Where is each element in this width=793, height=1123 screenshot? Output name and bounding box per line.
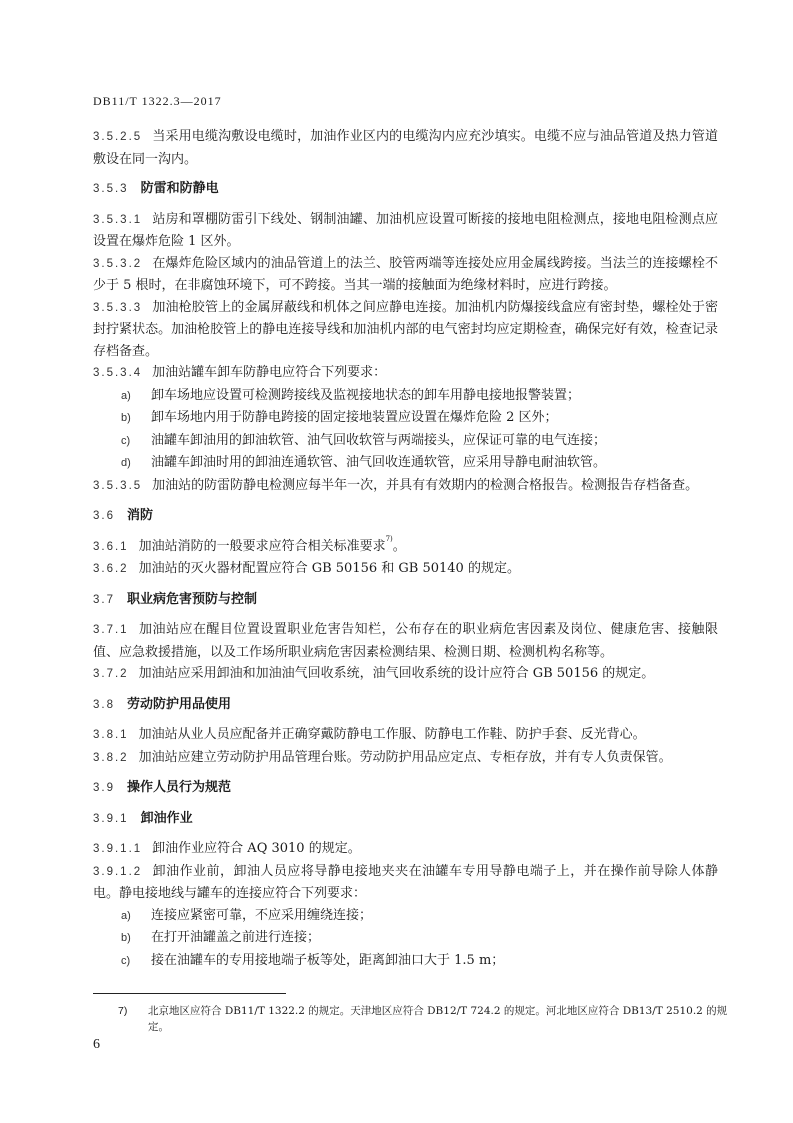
clause-3-5-3-3: 3.5.3.3加油枪胶管上的金属屏蔽线和机体之间应静电连接。加油机内防爆接线盒应… bbox=[93, 297, 718, 363]
clause-3-9-1-2: 3.9.1.2卸油作业前，卸油人员应将导静电接地夹夹在油罐车专用导静电端子上，并… bbox=[93, 861, 718, 905]
clause-3-8-1: 3.8.1加油站从业人员应配备并正确穿戴防静电工作服、防静电工作鞋、防护手套、反… bbox=[93, 724, 718, 747]
heading-3-9-1: 3.9.1卸油作业 bbox=[93, 808, 718, 831]
document-page: DB11/T 1322.3—2017 3.5.2.5当采用电缆沟敷设电缆时，加油… bbox=[0, 0, 793, 1123]
list-item: c)油罐车卸油用的卸油软管、油气回收软管与两端接头，应保证可靠的电气连接； bbox=[93, 430, 718, 453]
clause-3-8-2: 3.8.2加油站应建立劳动防护用品管理台账。劳动防护用品应定点、专柜存放，并有专… bbox=[93, 747, 718, 770]
clause-3-9-1-1: 3.9.1.1卸油作业应符合 AQ 3010 的规定。 bbox=[93, 838, 718, 861]
clause-3-7-1: 3.7.1加油站应在醒目位置设置职业危害告知栏，公布存在的职业病危害因素及岗位、… bbox=[93, 619, 718, 663]
clause-3-5-3-1: 3.5.3.1站房和罩棚防雷引下线处、钢制油罐、加油机应设置可断接的接地电阻检测… bbox=[93, 209, 718, 253]
clause-3-5-2-5: 3.5.2.5当采用电缆沟敷设电缆时，加油作业区内的电缆沟内应充沙填实。电缆不应… bbox=[93, 126, 718, 170]
footnote-reference[interactable]: 7) bbox=[386, 535, 393, 543]
page-number: 6 bbox=[93, 1037, 100, 1053]
heading-3-7: 3.7职业病危害预防与控制 bbox=[93, 589, 718, 612]
heading-3-9: 3.9操作人员行为规范 bbox=[93, 777, 718, 800]
clause-3-6-2: 3.6.2加油站的灭火器材配置应符合 GB 50156 和 GB 50140 的… bbox=[93, 558, 718, 581]
document-code-header: DB11/T 1322.3—2017 bbox=[93, 94, 222, 109]
heading-3-8: 3.8劳动防护用品使用 bbox=[93, 694, 718, 717]
clause-3-6-1: 3.6.1加油站消防的一般要求应符合相关标准要求7)。 bbox=[93, 536, 718, 559]
list-item: a)连接应紧密可靠，不应采用缠绕连接； bbox=[93, 905, 718, 928]
clause-3-5-3-5: 3.5.3.5加油站的防雷防静电检测应每半年一次，并具有有效期内的检测合格报告。… bbox=[93, 475, 718, 498]
list-item: c)接在油罐车的专用接地端子板等处，距离卸油口大于 1.5 m； bbox=[93, 950, 718, 973]
footnote: 7)北京地区应符合 DB11/T 1322.2 的规定。天津地区应符合 DB12… bbox=[118, 1003, 748, 1035]
list-item: a)卸车场地应设置可检测跨接线及监视接地状态的卸车用静电接地报警装置； bbox=[93, 385, 718, 408]
list-item: b)卸车场地内用于防静电跨接的固定接地装置应设置在爆炸危险 2 区外； bbox=[93, 407, 718, 430]
clause-3-7-2: 3.7.2加油站应采用卸油和加油油气回收系统，油气回收系统的设计应符合 GB 5… bbox=[93, 663, 718, 686]
heading-3-5-3: 3.5.3防雷和防静电 bbox=[93, 178, 718, 201]
clause-3-5-3-2: 3.5.3.2在爆炸危险区域内的油品管道上的法兰、胶管两端等连接处应用金属线跨接… bbox=[93, 253, 718, 297]
heading-3-6: 3.6消防 bbox=[93, 505, 718, 528]
footnote-divider bbox=[93, 993, 286, 994]
list-item: b)在打开油罐盖之前进行连接； bbox=[93, 927, 718, 950]
clause-3-5-3-4: 3.5.3.4加油站罐车卸车防静电应符合下列要求： bbox=[93, 362, 718, 385]
list-item: d)油罐车卸油时用的卸油连通软管、油气回收连通软管，应采用导静电耐油软管。 bbox=[93, 452, 718, 475]
document-body: 3.5.2.5当采用电缆沟敷设电缆时，加油作业区内的电缆沟内应充沙填实。电缆不应… bbox=[93, 126, 718, 972]
